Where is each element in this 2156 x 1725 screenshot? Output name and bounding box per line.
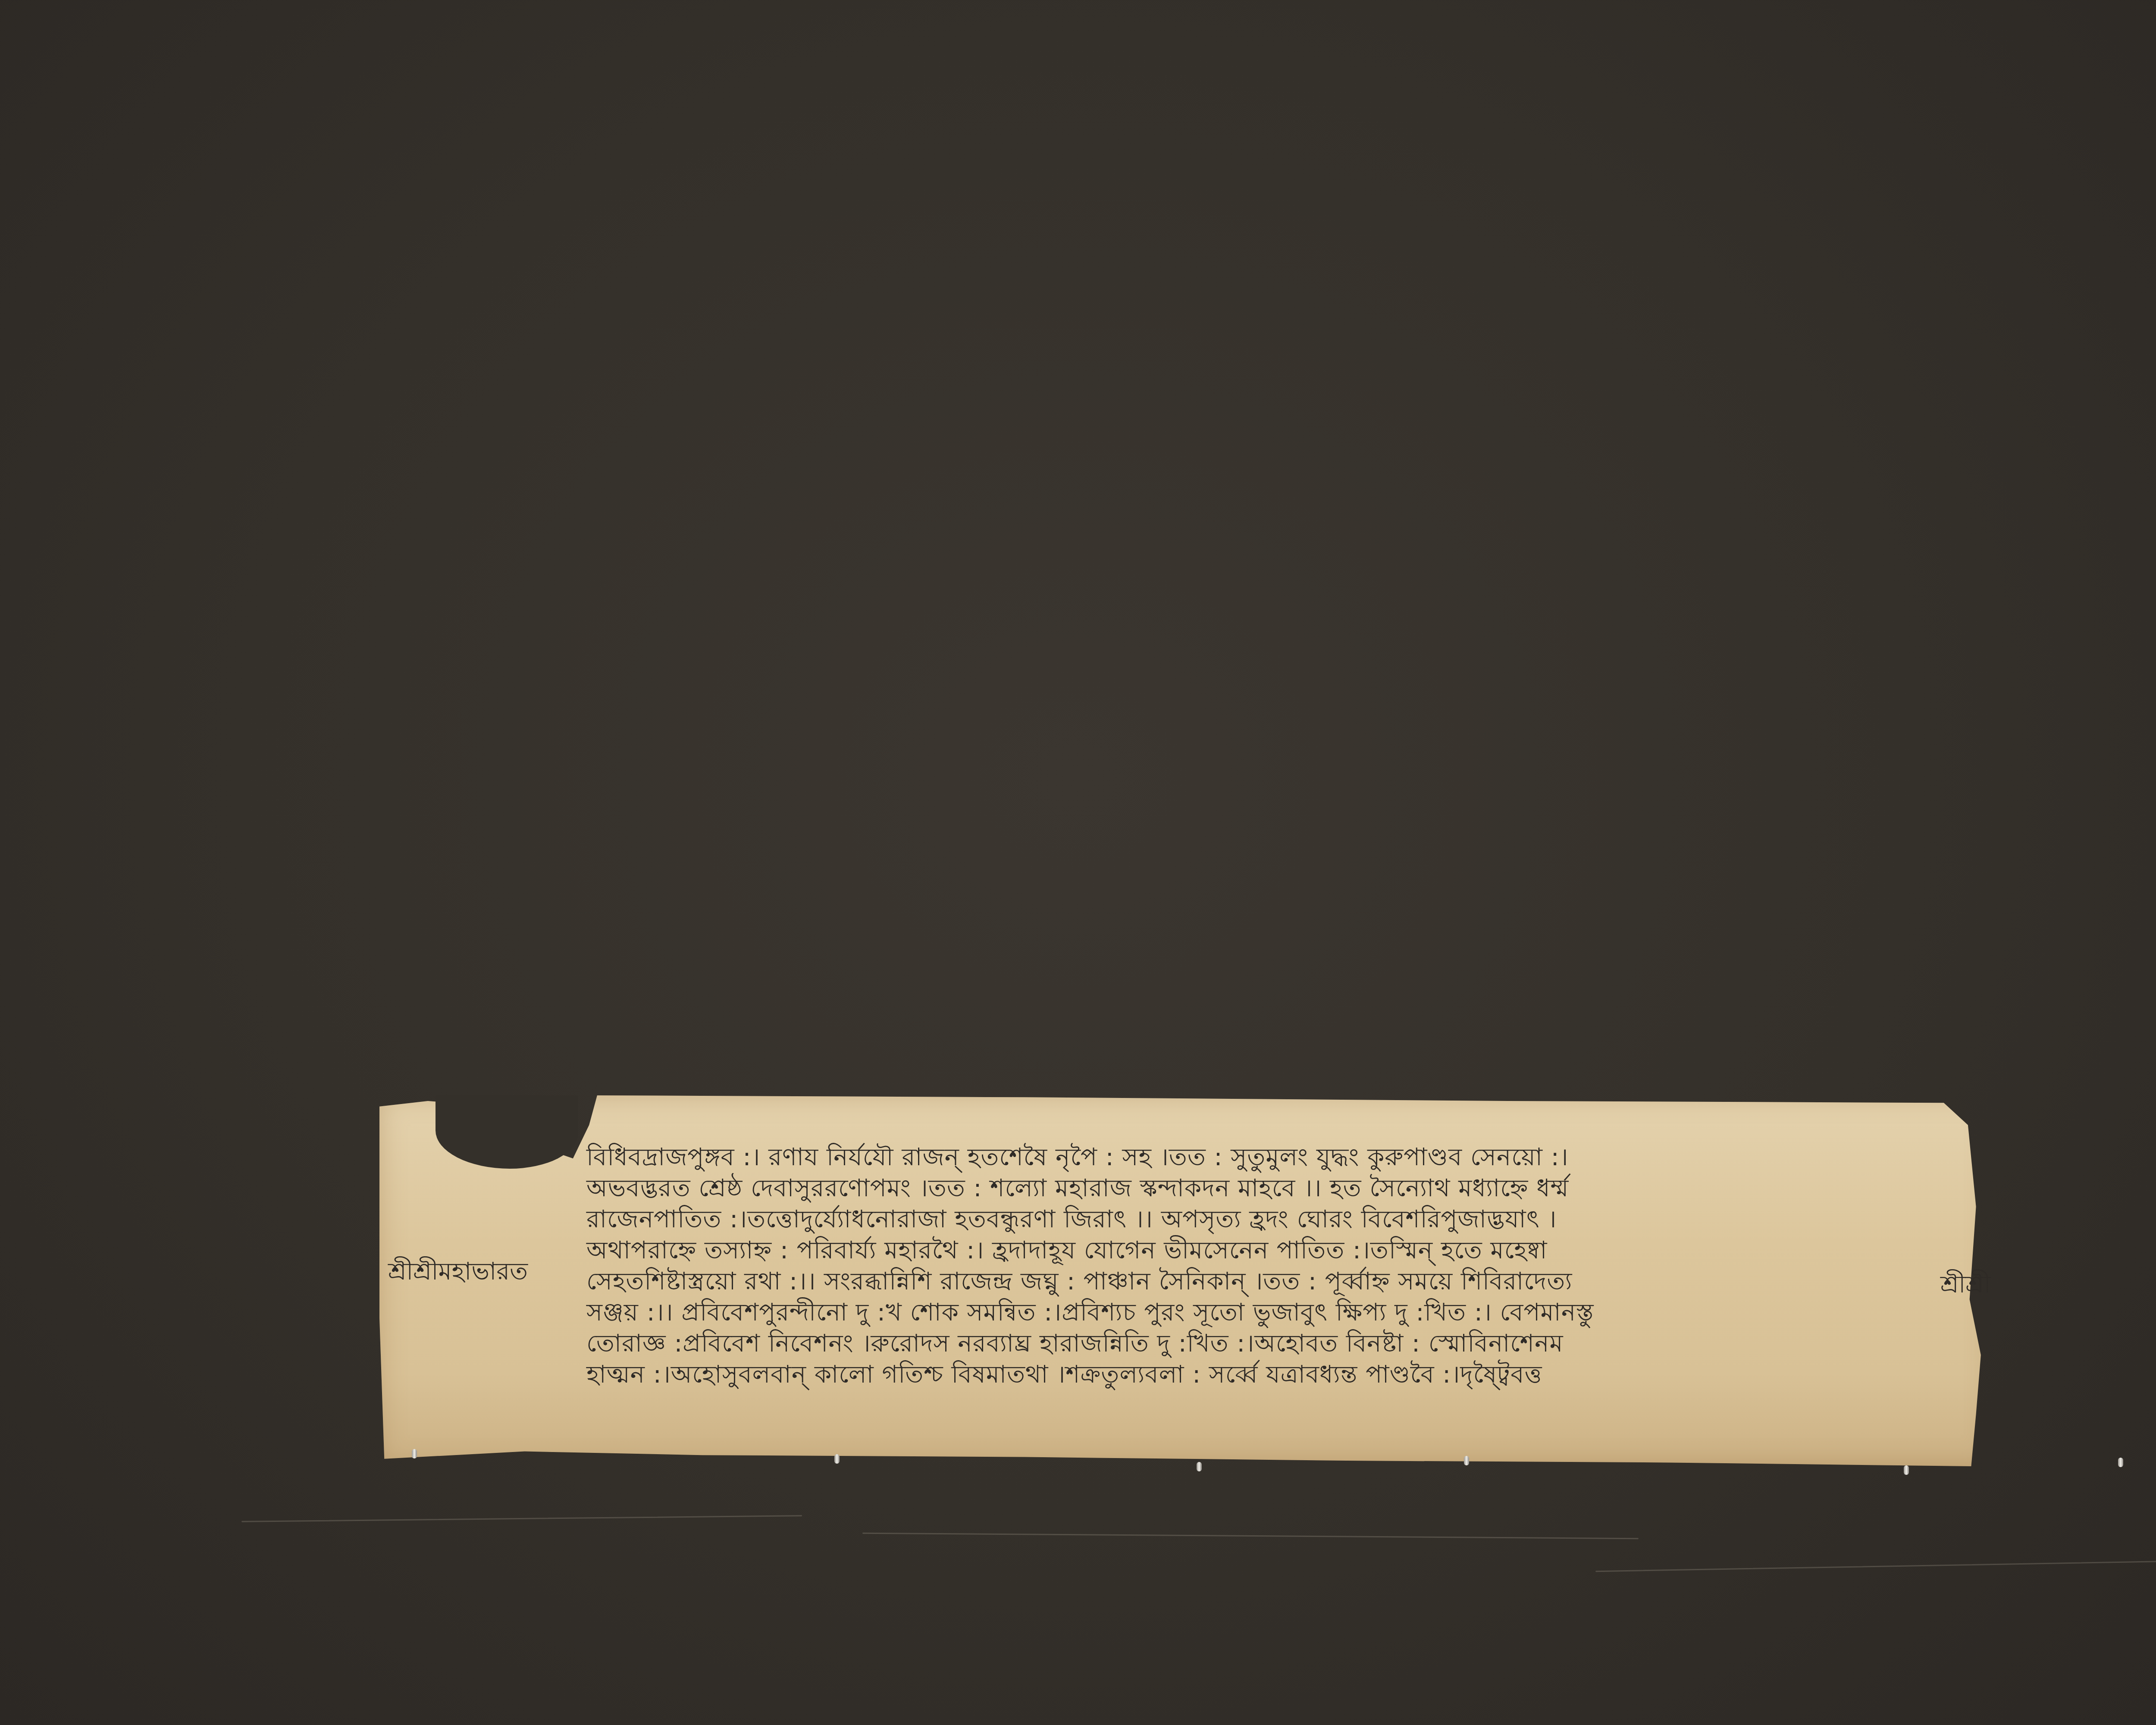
backdrop-scratch <box>862 1533 1639 1540</box>
mounting-pin <box>1904 1465 1909 1475</box>
mounting-pin <box>1197 1462 1202 1471</box>
photo-scene: শ্রীশ্রীমহাভারত শ্রীশ্রী বিধিবদ্রাজপুঙ্গ… <box>0 0 2156 1725</box>
mounting-pin <box>1464 1456 1469 1465</box>
backdrop-scratch <box>1595 1560 2156 1572</box>
mounting-pin <box>834 1454 840 1464</box>
mounting-pin <box>412 1449 417 1458</box>
right-margin-label: শ্রীশ্রী <box>1940 1266 1991 1306</box>
mounting-pin <box>2118 1458 2123 1467</box>
manuscript-line: হাত্মন :।অহোসুবলবান্ কালো গতিশ্চ বিষমাতথ… <box>586 1356 1542 1396</box>
backdrop-scratch <box>241 1515 802 1522</box>
left-margin-label: শ্রীশ্রীমহাভারত <box>388 1253 528 1293</box>
